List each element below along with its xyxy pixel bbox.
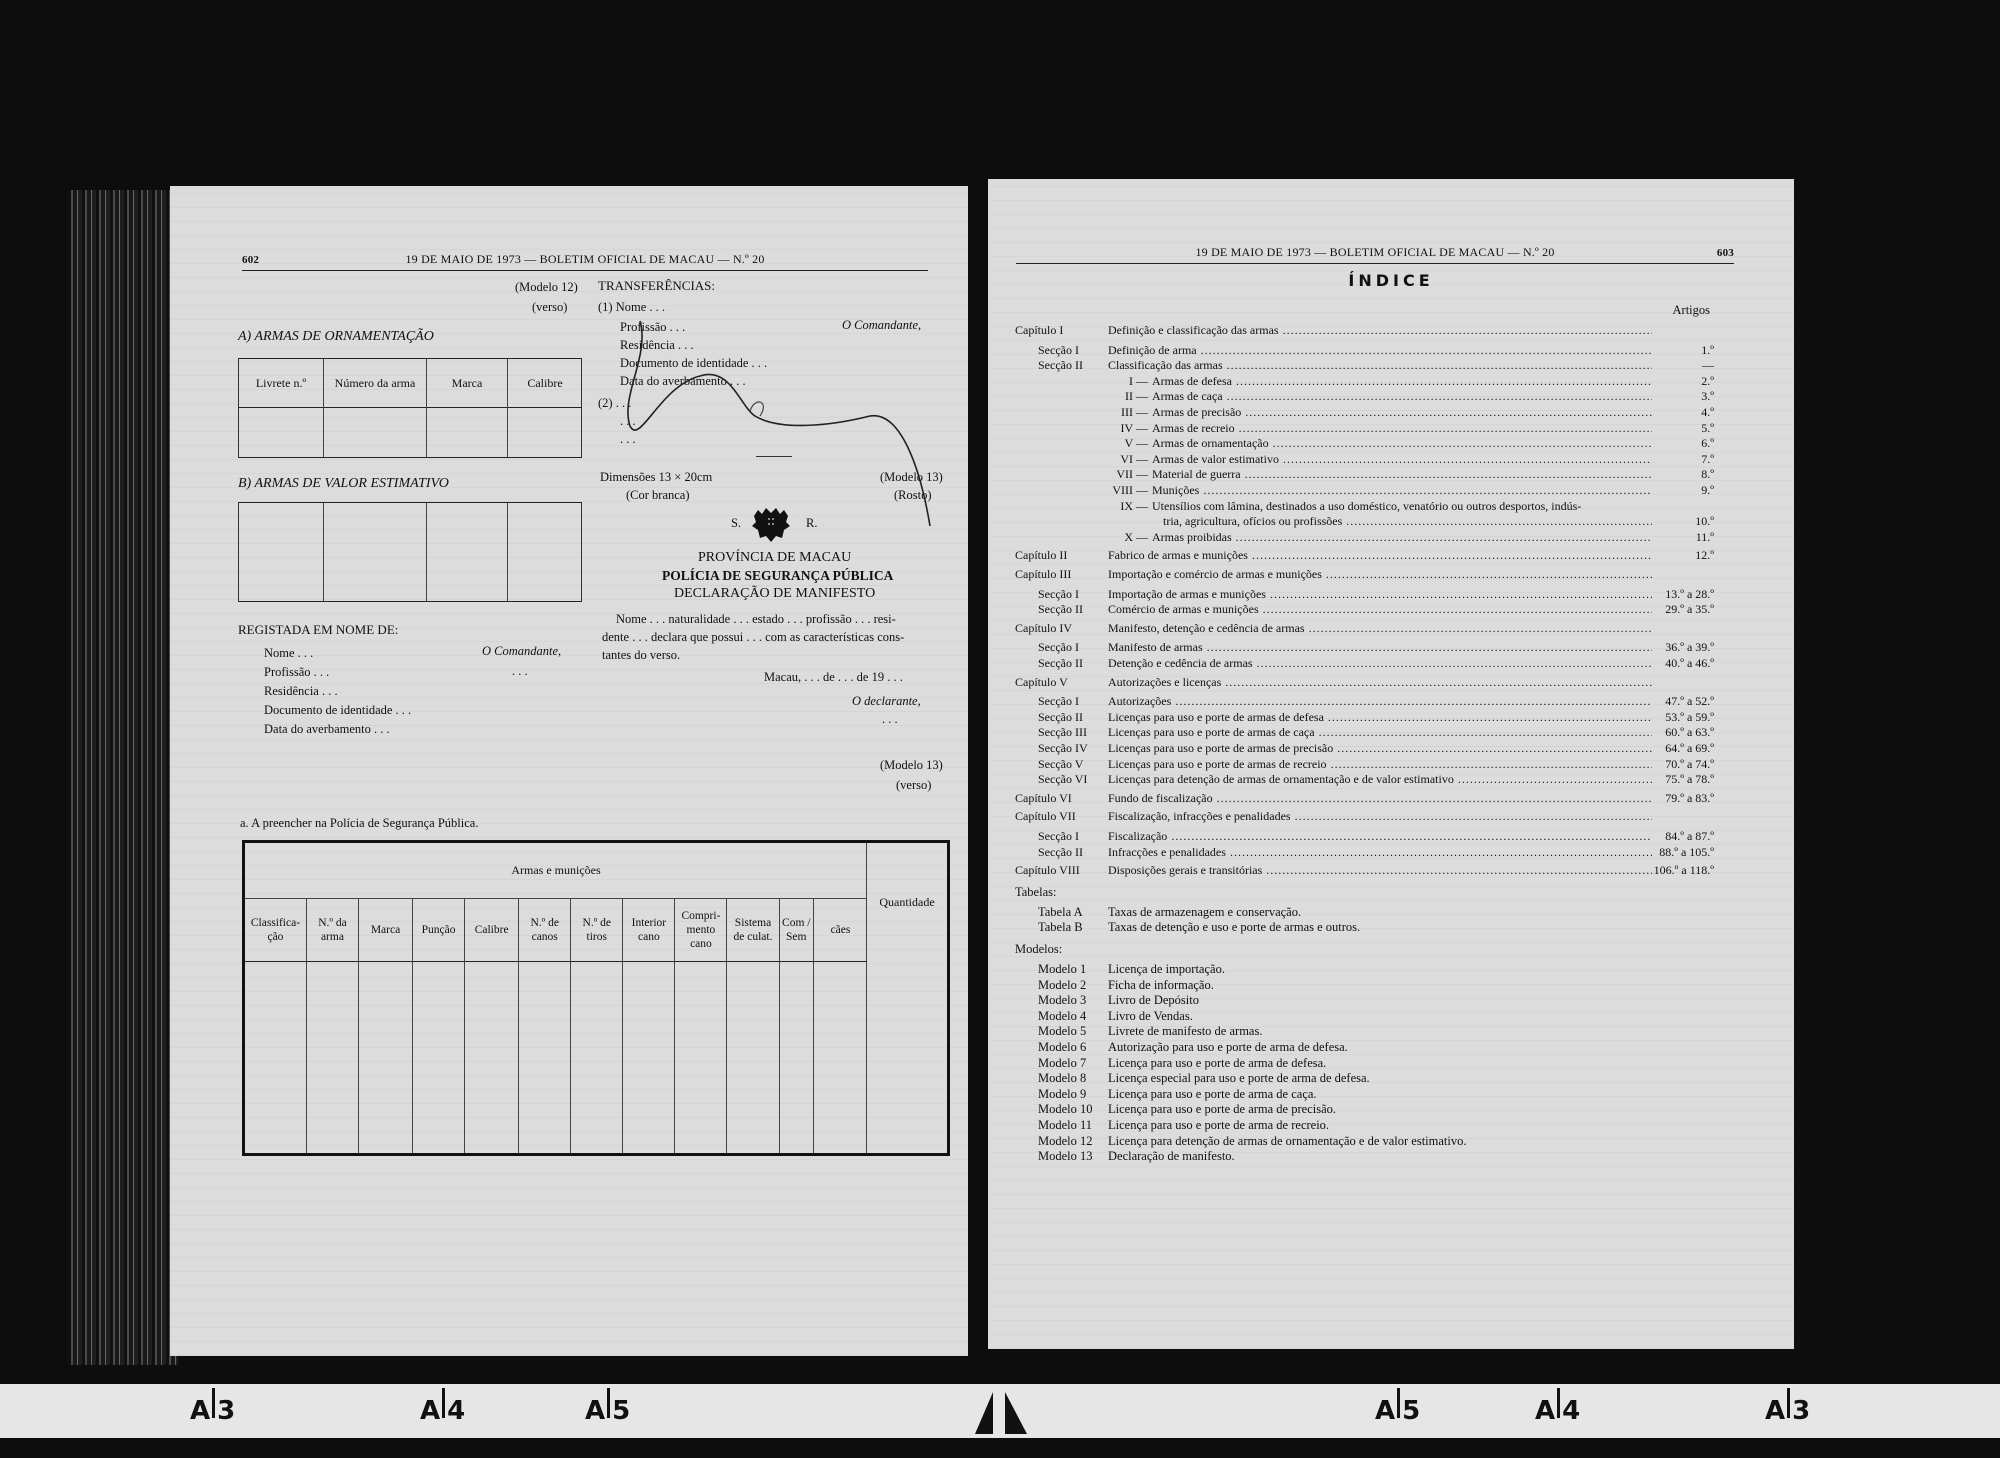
transferencias-heading: TRANSFERÊNCIAS:: [598, 278, 715, 294]
index-entry: IX —Utensílios com lâmina, destinados a …: [988, 499, 1734, 514]
province-title: PROVÍNCIA DE MACAU: [698, 550, 851, 566]
index-entry: Secção VLicenças para uso e porte de arm…: [988, 757, 1734, 772]
frame-marker: A4: [420, 1396, 465, 1426]
transfer-1-name: (1) Nome . . .: [598, 300, 665, 315]
index-entry: VII —Material de guerra8.º: [988, 467, 1734, 482]
index-entry: Capítulo VIIFiscalização, infracções e p…: [988, 809, 1734, 824]
running-head-right: 19 DE MAIO DE 1973 — BOLETIM OFICIAL DE …: [1016, 245, 1734, 264]
tabela-label: Tabela B: [1038, 920, 1083, 935]
transfer-2: (2) . . .: [598, 396, 631, 411]
index-entry: Secção IIComércio de armas e munições29.…: [988, 602, 1734, 617]
modelo-text: Declaração de manifesto.: [1108, 1149, 1235, 1164]
index-entry: Secção VILicenças para detenção de armas…: [988, 772, 1734, 787]
book-page-stack: [68, 190, 178, 1365]
running-head-title: 19 DE MAIO DE 1973 — BOLETIM OFICIAL DE …: [242, 252, 928, 267]
index-entry: II —Armas de caça3.º: [988, 389, 1734, 404]
right-page: 19 DE MAIO DE 1973 — BOLETIM OFICIAL DE …: [988, 179, 1794, 1349]
ornamentacao-table: Livrete n.º Número da arma Marca Calibre: [238, 358, 582, 458]
modelo-label: Modelo 6: [1038, 1040, 1086, 1055]
index-entry: Secção IIILicenças para uso e porte de a…: [988, 725, 1734, 740]
frame-marker: A5: [585, 1396, 630, 1426]
index-entry: I —Armas de defesa2.º: [988, 374, 1734, 389]
registada-fields: Nome . . . Profissão . . . Residência . …: [264, 644, 411, 739]
tabelas-heading: Tabelas:: [1015, 885, 1056, 900]
table-column: Marca: [359, 899, 413, 1153]
registada-signatory: O Comandante,: [482, 644, 561, 659]
index-entry: VIII —Munições9.º: [988, 483, 1734, 498]
modelo-text: Licença para uso e porte de arma de caça…: [1108, 1087, 1317, 1102]
section-a-title: A) ARMAS DE ORNAMENTAÇÃO: [238, 329, 434, 345]
registada-dots: . . .: [512, 664, 528, 679]
dimensions: Dimensões 13 × 20cm: [600, 470, 712, 485]
table-column: Sistema de culat.: [727, 899, 779, 1153]
modelo-label: Modelo 4: [1038, 1009, 1086, 1024]
modelo-label: Modelo 11: [1038, 1118, 1092, 1133]
quantidade-column: Quantidade: [866, 843, 947, 1153]
index-entry: V —Armas de ornamentação6.º: [988, 436, 1734, 451]
index-entry: Secção IAutorizações47.º a 52.º: [988, 694, 1734, 709]
modelo-label: Modelo 10: [1038, 1102, 1093, 1117]
table-column: Calibre: [508, 359, 582, 457]
modelo13-label: (Modelo 13): [880, 470, 943, 485]
modelo-label: Modelo 12: [1038, 1134, 1093, 1149]
index-entry: Secção IFiscalização84.º a 87.º: [988, 829, 1734, 844]
tabela-text: Taxas de detenção e uso e porte de armas…: [1108, 920, 1360, 935]
modelo-label: Modelo 8: [1038, 1071, 1086, 1086]
modelo-label: Modelo 2: [1038, 978, 1086, 993]
film-triangle-marker: [1005, 1392, 1027, 1434]
coat-of-arms-icon: [750, 506, 792, 542]
table-column: Com / Sem: [780, 899, 814, 1153]
table-column: Compri-mento cano: [675, 899, 727, 1153]
tabela-text: Taxas de armazenagem e conservação.: [1108, 905, 1301, 920]
frame-marker: A4: [1535, 1396, 1580, 1426]
emblem-s: S.: [731, 516, 741, 531]
index-entry: Secção IIDetenção e cedência de armas40.…: [988, 656, 1734, 671]
frame-marker: A3: [1765, 1396, 1810, 1426]
articles-header: Artigos: [1673, 303, 1711, 318]
index-entry: Secção IDefinição de arma1.º: [988, 343, 1734, 358]
modelo-text: Licença de importação.: [1108, 962, 1225, 977]
table-title: Armas e munições: [245, 863, 867, 878]
index-entry: tria, agricultura, ofícios ou profissões…: [988, 514, 1734, 529]
table-column: N.º da arma: [307, 899, 359, 1153]
frame-marker: A3: [190, 1396, 235, 1426]
index-entry: Secção IManifesto de armas36.º a 39.º: [988, 640, 1734, 655]
index-entry: Capítulo IIFabrico de armas e munições12…: [988, 548, 1734, 563]
armas-municoes-table: Armas e munições Quantidade Classifica-ç…: [242, 840, 950, 1156]
table-column: Classifica-ção: [245, 899, 307, 1153]
valor-estimativo-table: [238, 502, 582, 602]
divider: [756, 456, 792, 457]
table-column: N.º de tiros: [571, 899, 623, 1153]
modelo-text: Livro de Depósito: [1108, 993, 1199, 1008]
table-column: Número da arma: [324, 359, 427, 457]
transfer-signatory: O Comandante,: [842, 318, 921, 333]
index-entry: Secção IILicenças para uso e porte de ar…: [988, 710, 1734, 725]
table-column: Livrete n.º: [239, 359, 324, 457]
document-title: DECLARAÇÃO DE MANIFESTO: [674, 586, 875, 602]
modelo-label: Modelo 9: [1038, 1087, 1086, 1102]
modelo-text: Licença para uso e porte de arma de defe…: [1108, 1056, 1326, 1071]
running-head-left: 602 19 DE MAIO DE 1973 — BOLETIM OFICIAL…: [242, 252, 928, 271]
page-number: 603: [1717, 247, 1734, 259]
index-entry: Capítulo VIIIDisposições gerais e transi…: [988, 863, 1734, 878]
footnote: a. A preencher na Polícia de Segurança P…: [240, 816, 478, 831]
frame-marker: A5: [1375, 1396, 1420, 1426]
film-edge: [0, 1438, 2000, 1458]
index-title: ÍNDICE: [988, 271, 1794, 290]
registada-heading: REGISTADA EM NOME DE:: [238, 622, 398, 638]
date-line: Macau, . . . de . . . de 19 . . .: [764, 670, 903, 685]
table-column: cães: [814, 899, 867, 1153]
modelo-label: Modelo 13: [1038, 1149, 1093, 1164]
index-entry: III —Armas de precisão4.º: [988, 405, 1734, 420]
declarante-signatory: O declarante,: [852, 694, 921, 709]
modelo-text: Ficha de informação.: [1108, 978, 1214, 993]
modelo-label: Modelo 3: [1038, 993, 1086, 1008]
table-column: Calibre: [465, 899, 519, 1153]
declarante-dots: . . .: [882, 712, 898, 727]
index-entry: Capítulo IDefinição e classificação das …: [988, 323, 1734, 338]
section-b-title: B) ARMAS DE VALOR ESTIMATIVO: [238, 476, 449, 492]
modelo-text: Autorização para uso e porte de arma de …: [1108, 1040, 1348, 1055]
index-entry: X —Armas proibidas11.º: [988, 530, 1734, 545]
police-title: POLÍCIA DE SEGURANÇA PÚBLICA: [662, 568, 893, 584]
transfer-ellipsis: . . .: [620, 432, 636, 447]
modelo-text: Livro de Vendas.: [1108, 1009, 1193, 1024]
table-column: Punção: [413, 899, 465, 1153]
modelo12-label: (Modelo 12): [515, 280, 578, 295]
modelo-text: Licença para detenção de armas de orname…: [1108, 1134, 1467, 1149]
declaration-body: Nome . . . naturalidade . . . estado . .…: [602, 610, 904, 664]
index-entry: Secção IIInfracções e penalidades88.º a …: [988, 845, 1734, 860]
modelo-label: Modelo 7: [1038, 1056, 1086, 1071]
running-head-title: 19 DE MAIO DE 1973 — BOLETIM OFICIAL DE …: [1016, 245, 1734, 260]
tabela-label: Tabela A: [1038, 905, 1083, 920]
modelo13-side: (Rosto): [894, 488, 932, 503]
modelo-label: Modelo 5: [1038, 1024, 1086, 1039]
table-column: Marca: [427, 359, 508, 457]
color-note: (Cor branca): [626, 488, 690, 503]
book-gutter: [968, 180, 988, 1360]
modelo-text: Livrete de manifesto de armas.: [1108, 1024, 1262, 1039]
index-entry: Capítulo VIFundo de fiscalização79.º a 8…: [988, 791, 1734, 806]
transfer-fields: Profissão . . . Residência . . . Documen…: [620, 318, 767, 390]
index-entry: Secção IImportação de armas e munições13…: [988, 587, 1734, 602]
index-list: Capítulo IDefinição e classificação das …: [988, 323, 1734, 1083]
index-entry: Secção IIClassificação das armas—: [988, 358, 1734, 373]
index-entry: Capítulo VAutorizações e licenças: [988, 675, 1734, 690]
modelo-label: Modelo 1: [1038, 962, 1086, 977]
index-entry: VI —Armas de valor estimativo7.º: [988, 452, 1734, 467]
index-entry: Capítulo IVManifesto, detenção e cedênci…: [988, 621, 1734, 636]
modelos-heading: Modelos:: [1015, 942, 1062, 957]
index-entry: IV —Armas de recreio5.º: [988, 421, 1734, 436]
modelo13-verso-label: (Modelo 13): [880, 758, 943, 773]
table-column: Interior cano: [623, 899, 675, 1153]
modelo12-side: (verso): [532, 300, 567, 315]
film-triangle-marker: [975, 1392, 993, 1434]
left-page: 602 19 DE MAIO DE 1973 — BOLETIM OFICIAL…: [170, 186, 968, 1356]
film-strip: [0, 1384, 2000, 1442]
table-column: N.º de canos: [519, 899, 571, 1153]
index-entry: Capítulo IIIImportação e comércio de arm…: [988, 567, 1734, 582]
index-entry: Secção IVLicenças para uso e porte de ar…: [988, 741, 1734, 756]
emblem-r: R.: [806, 516, 817, 531]
modelo-text: Licença para uso e porte de arma de recr…: [1108, 1118, 1329, 1133]
modelo13-verso-side: (verso): [896, 778, 931, 793]
table-columns: Classifica-çãoN.º da armaMarcaPunçãoCali…: [245, 898, 867, 1153]
transfer-ellipsis: . . .: [620, 414, 636, 429]
modelo-text: Licença para uso e porte de arma de prec…: [1108, 1102, 1336, 1117]
modelo-text: Licença especial para uso e porte de arm…: [1108, 1071, 1370, 1086]
